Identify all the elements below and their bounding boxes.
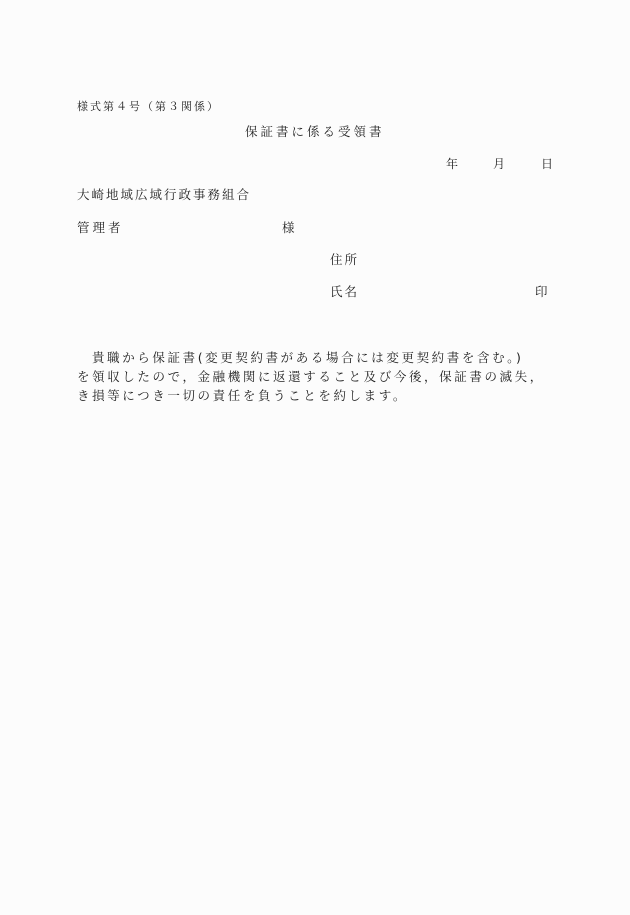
body-line: き損等につき一切の責任を負うことを約します。: [77, 386, 557, 405]
addressee-title: 管理者: [77, 222, 124, 235]
body-paragraph: 貴職から保証書(変更契約書がある場合には変更契約書を含む。) を領収したので，金…: [77, 348, 557, 405]
date-month-label: 月: [493, 158, 505, 170]
date-day-label: 日: [541, 158, 553, 170]
name-label: 氏名: [330, 286, 359, 299]
body-line: を領収したので，金融機関に返還すること及び今後，保証書の滅失，: [77, 367, 557, 386]
date-year-label: 年: [446, 158, 458, 170]
seal-label: 印: [535, 286, 548, 299]
document-title: 保証書に係る受領書: [245, 126, 385, 139]
form-number: 様式第４号（第３関係）: [77, 101, 220, 112]
address-label: 住所: [330, 254, 359, 267]
honorific-sama: 様: [282, 222, 295, 235]
body-line: 貴職から保証書(変更契約書がある場合には変更契約書を含む。): [77, 348, 557, 367]
organization-name: 大崎地域広域行政事務組合: [77, 189, 251, 202]
